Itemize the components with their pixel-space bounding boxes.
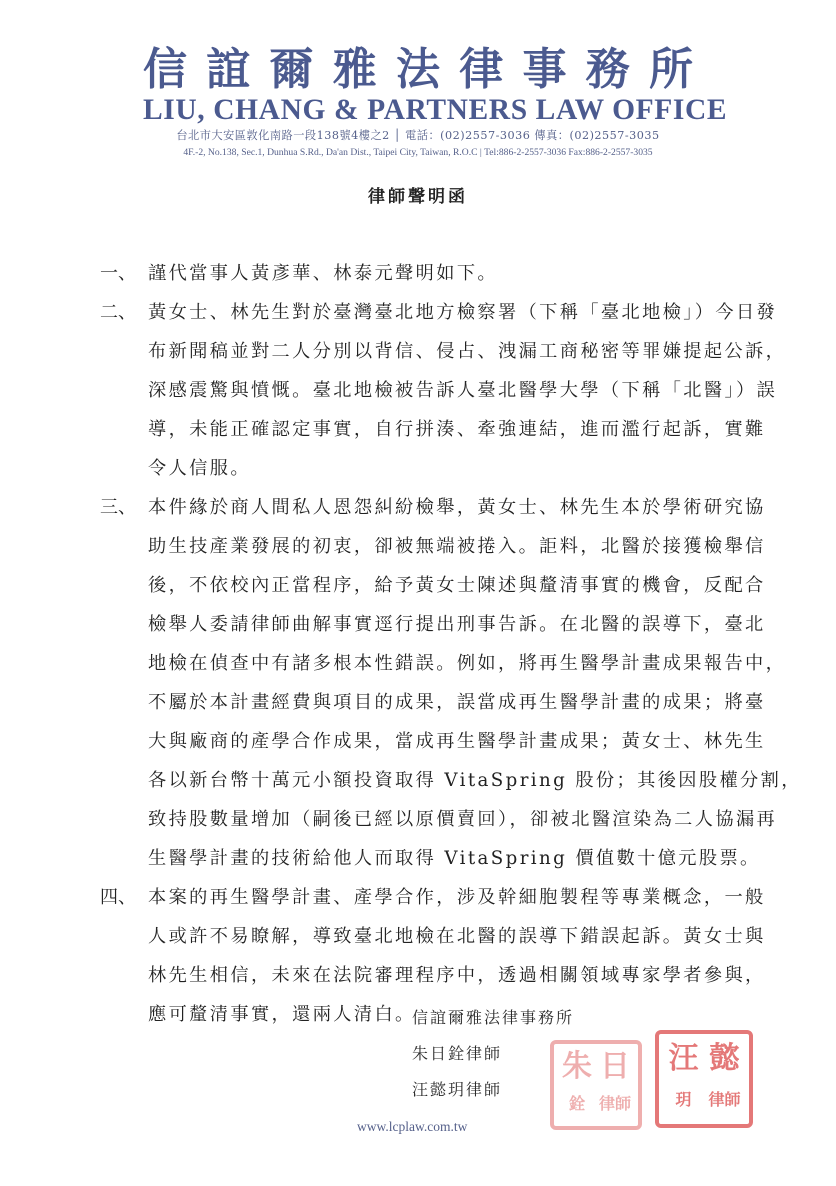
seal-char: 日 — [596, 1048, 634, 1085]
firm-name-char: 事 — [523, 46, 567, 94]
statement-item-3: 三、 本件緣於商人間私人恩怨糾紛檢舉，黃女士、林先生本於學術研究協 助生技產業發… — [100, 488, 740, 878]
seal-char: 玥 — [663, 1079, 704, 1120]
firm-name-char: 誼 — [206, 46, 250, 94]
paragraph-line: 生醫學計畫的技術給他人而取得 VitaSpring 價值數十億元股票。 — [148, 839, 740, 878]
seal-char: 律師 — [704, 1079, 745, 1120]
seal-stamp-lawyer-2: 汪 懿 玥 律師 — [655, 1030, 753, 1128]
paragraph-line: 致持股數量增加（嗣後已經以原價賣回），卻被北醫渲染為二人協漏再 — [148, 800, 740, 839]
seal-char: 懿 — [704, 1038, 745, 1079]
address-english: 4F.-2, No.138, Sec.1, Dunhua S.Rd., Da'a… — [143, 146, 693, 160]
statement-body: 一、 謹代當事人黃彥華、林泰元聲明如下。 二、 黃女士、林先生對於臺灣臺北地方檢… — [100, 254, 740, 1034]
paragraph-line: 地檢在偵查中有諸多根本性錯誤。例如，將再生醫學計畫成果報告中， — [148, 644, 740, 683]
address-chinese: 台北市大安區敦化南路一段138號4樓之2 │ 電話：(02)2557-3036 … — [143, 128, 693, 144]
seal-char: 律師 — [596, 1085, 634, 1122]
paragraph-line: 大與廠商的產學合作成果，當成再生醫學計畫成果；黃女士、林先生 — [148, 722, 740, 761]
paragraph-line: 布新聞稿並對二人分別以背信、侵占、洩漏工商秘密等罪嫌提起公訴， — [148, 332, 740, 371]
firm-name-english: LIU, CHANG & PARTNERS LAW OFFICE — [143, 94, 693, 126]
paragraph-line: 導，未能正確認定事實，自行拼湊、牽強連結，進而濫行起訴，實難 — [148, 410, 740, 449]
item-paragraph: 黃女士、林先生對於臺灣臺北地方檢察署（下稱「臺北地檢」）今日發 布新聞稿並對二人… — [148, 293, 740, 488]
firm-name-char: 雅 — [333, 46, 377, 94]
paragraph-line: 檢舉人委請律師曲解事實逕行提出刑事告訴。在北醫的誤導下，臺北 — [148, 605, 740, 644]
paragraph-line: 人或許不易瞭解，導致臺北地檢在北醫的誤導下錯誤起訴。黃女士與 — [148, 917, 740, 956]
statement-item-1: 一、 謹代當事人黃彥華、林泰元聲明如下。 — [100, 254, 740, 293]
paragraph-line: 本件緣於商人間私人恩怨糾紛檢舉，黃女士、林先生本於學術研究協 — [148, 488, 740, 527]
paragraph-line: 本案的再生醫學計畫、產學合作，涉及幹細胞製程等專業概念，一般 — [148, 878, 740, 917]
item-marker: 二、 — [100, 293, 148, 488]
item-paragraph: 本件緣於商人間私人恩怨糾紛檢舉，黃女士、林先生本於學術研究協 助生技產業發展的初… — [148, 488, 740, 878]
paragraph-line: 各以新台幣十萬元小額投資取得 VitaSpring 股份；其後因股權分割， — [148, 761, 740, 800]
seal-char: 汪 — [663, 1038, 704, 1079]
paragraph-line: 林先生相信，未來在法院審理程序中，透過相關領域專家學者參與， — [148, 956, 740, 995]
website-link[interactable]: www.lcplaw.com.tw — [357, 1119, 467, 1135]
seal-char: 銓 — [558, 1085, 596, 1122]
paragraph-line: 令人信服。 — [148, 449, 740, 488]
firm-name-char: 務 — [586, 46, 630, 94]
seal-stamp-lawyer-1: 朱 日 銓 律師 — [550, 1040, 642, 1130]
paragraph-line: 黃女士、林先生對於臺灣臺北地方檢察署（下稱「臺北地檢」）今日發 — [148, 293, 740, 332]
firm-name-char: 信 — [143, 46, 187, 94]
item-marker: 四、 — [100, 878, 148, 1034]
seal-char: 朱 — [558, 1048, 596, 1085]
item-marker: 一、 — [100, 254, 148, 293]
item-paragraph: 謹代當事人黃彥華、林泰元聲明如下。 — [148, 254, 740, 293]
paragraph-line: 後，不依校內正當程序，給予黃女士陳述與釐清事實的機會，反配合 — [148, 566, 740, 605]
firm-name-char: 法 — [396, 46, 440, 94]
document-title: 律師聲明函 — [0, 182, 836, 207]
statement-item-2: 二、 黃女士、林先生對於臺灣臺北地方檢察署（下稱「臺北地檢」）今日發 布新聞稿並… — [100, 293, 740, 488]
signature-firm: 信誼爾雅法律事務所 — [412, 1000, 574, 1036]
firm-name-char: 律 — [459, 46, 503, 94]
paragraph-line: 不屬於本計畫經費與項目的成果，誤當成再生醫學計畫的成果；將臺 — [148, 683, 740, 722]
firm-name-char: 所 — [649, 46, 693, 94]
firm-name-char: 爾 — [270, 46, 314, 94]
item-marker: 三、 — [100, 488, 148, 878]
paragraph-line: 助生技產業發展的初衷，卻被無端被捲入。詎料，北醫於接獲檢舉信 — [148, 527, 740, 566]
firm-name-chinese: 信 誼 爾 雅 法 律 事 務 所 — [143, 46, 693, 94]
paragraph-line: 深感震驚與憤慨。臺北地檢被告訴人臺北醫學大學（下稱「北醫」）誤 — [148, 371, 740, 410]
paragraph-line: 謹代當事人黃彥華、林泰元聲明如下。 — [148, 254, 740, 293]
